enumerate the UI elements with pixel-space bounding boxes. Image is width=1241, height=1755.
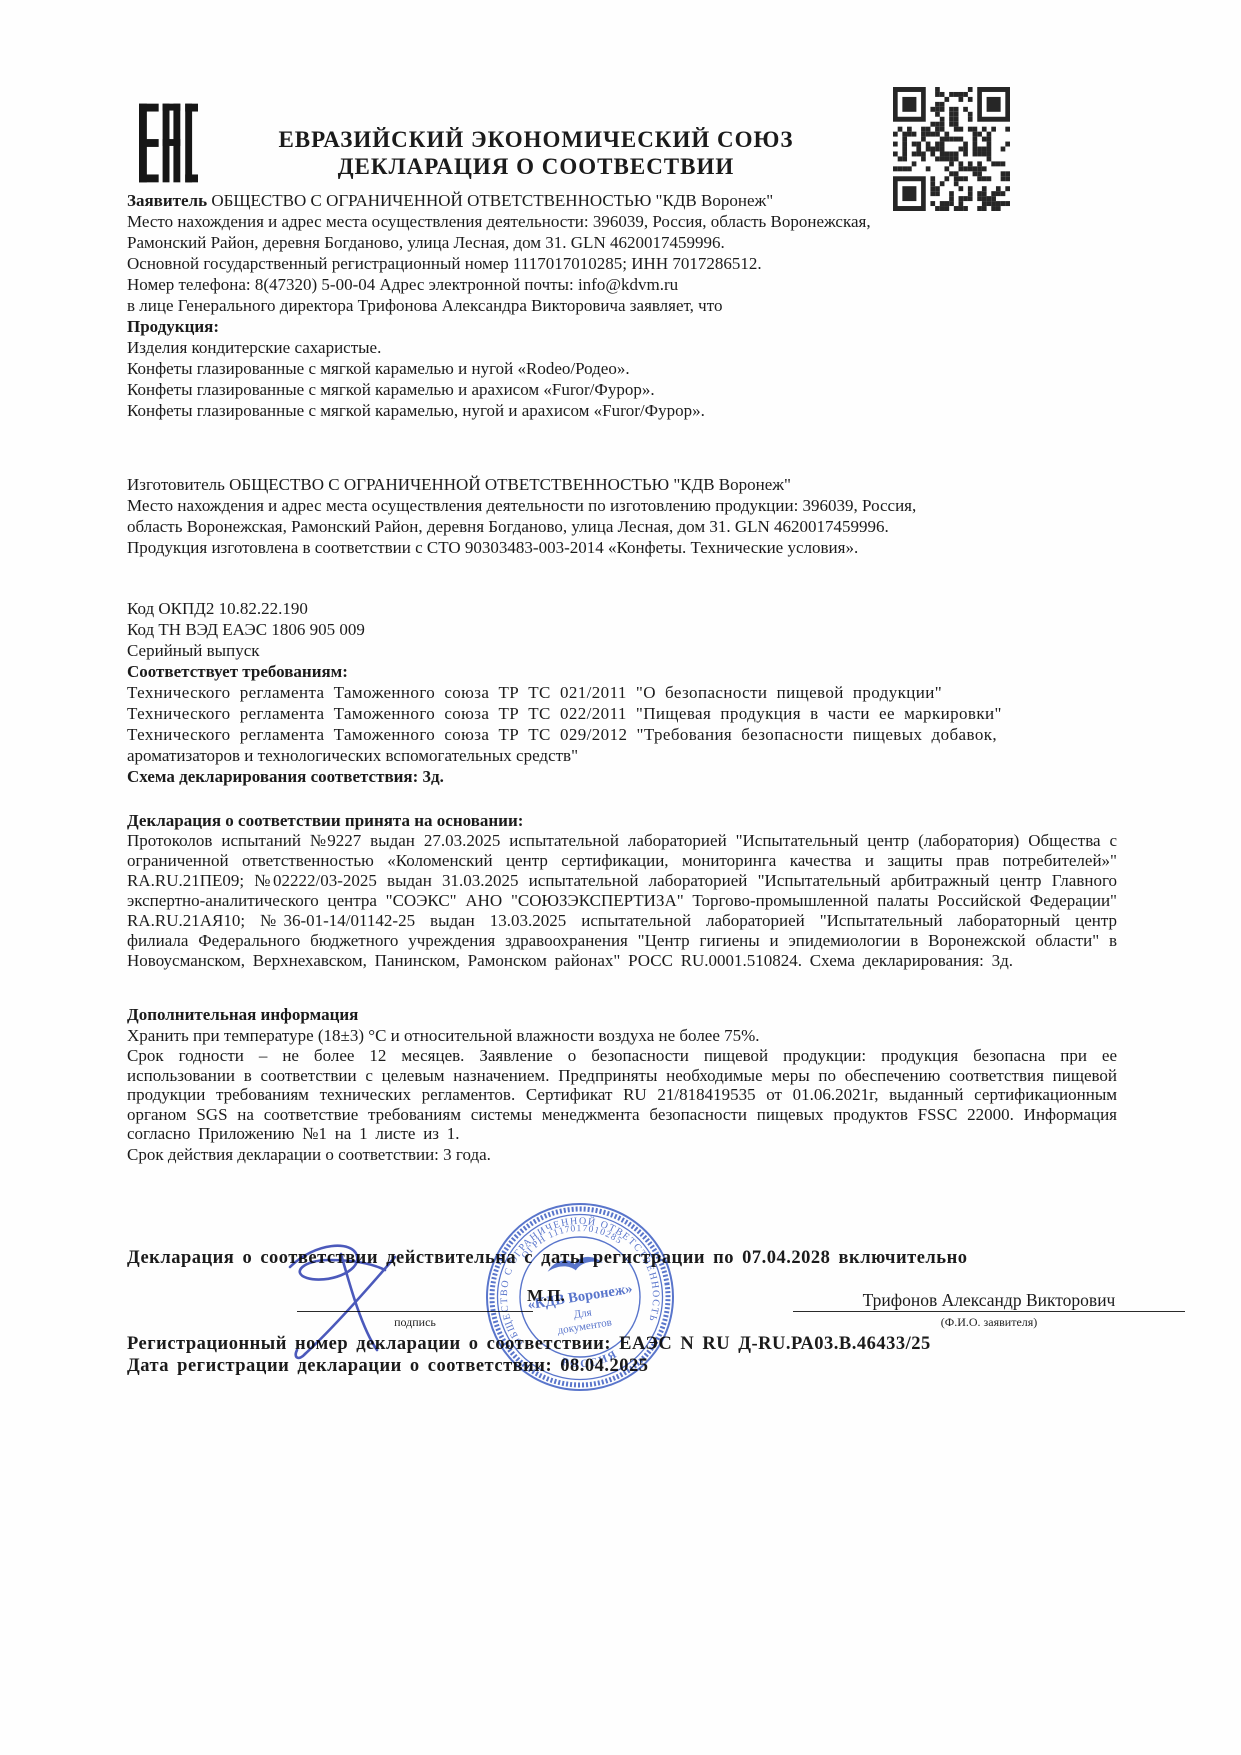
additional-info-block: Дополнительная информация Хранить при те… [127,1004,1117,1165]
requirement-line-continuation: ароматизаторов и технологических вспомог… [127,745,1117,766]
product-line: Изделия кондитерские сахаристые. [127,337,1117,358]
manufacturer-label: Изготовитель [127,475,225,494]
stamp-bird-icon [546,1254,603,1274]
declaration-scheme-label: Схема декларирования соответствия: 3д. [127,766,1117,787]
manufacturer-address-line: область Воронежская, Рамонский Район, де… [127,516,1117,537]
document-title: ЕВРАЗИЙСКИЙ ЭКОНОМИЧЕСКИЙ СОЮЗ ДЕКЛАРАЦИ… [228,126,844,180]
manufacturer-address-line: Место нахождения и адрес места осуществл… [127,495,1117,516]
eac-logo [139,103,198,183]
tnved-code-line: Код ТН ВЭД ЕАЭС 1806 905 009 [127,619,1117,640]
requirement-line: Технического регламента Таможенного союз… [127,724,1117,745]
serial-release-line: Серийный выпуск [127,640,1117,661]
fio-line [793,1311,1185,1312]
additional-info-heading: Дополнительная информация [127,1004,1117,1025]
stamp-country-text: РОССИЯ [559,1347,621,1374]
applicant-fio-name: Трифонов Александр Викторович [793,1290,1185,1311]
okpd2-code-line: Код ОКПД2 10.82.22.190 [127,598,1117,619]
company-stamp: ОБЩЕСТВО С ОГРАНИЧЕННОЙ ОТВЕТСТВЕННОСТЬЮ… [480,1197,680,1397]
declaration-validity-term-line: Срок действия декларации о соответствии:… [127,1144,1117,1165]
applicant-director-line: в лице Генерального директора Трифонова … [127,295,1117,316]
manufacturer-line: Изготовитель ОБЩЕСТВО С ОГРАНИЧЕННОЙ ОТВ… [127,474,1117,495]
requirement-line: Технического регламента Таможенного союз… [127,703,1117,724]
products-label: Продукция: [127,316,1117,337]
document-page: ЕВРАЗИЙСКИЙ ЭКОНОМИЧЕСКИЙ СОЮЗ ДЕКЛАРАЦИ… [0,0,1241,1755]
applicant-block: Заявитель ОБЩЕСТВО С ОГРАНИЧЕННОЙ ОТВЕТС… [127,190,1117,421]
basis-block: Декларация о соответствии принята на осн… [127,810,1117,971]
product-line: Конфеты глазированные с мягкой карамелью… [127,379,1117,400]
applicant-label: Заявитель [127,191,207,210]
handwritten-signature [245,1232,475,1362]
basis-heading: Декларация о соответствии принята на осн… [127,810,1117,831]
storage-conditions-line: Хранить при температуре (18±3) °С и отно… [127,1025,1117,1046]
applicant-address-line: Место нахождения и адрес места осуществл… [127,211,1117,232]
title-line-declaration: ДЕКЛАРАЦИЯ О СООТВЕСТВИИ [228,153,844,180]
product-line: Конфеты глазированные с мягкой карамелью… [127,400,1117,421]
codes-block: Код ОКПД2 10.82.22.190 Код ТН ВЭД ЕАЭС 1… [127,598,1117,787]
product-line: Конфеты глазированные с мягкой карамелью… [127,358,1117,379]
title-line-union: ЕВРАЗИЙСКИЙ ЭКОНОМИЧЕСКИЙ СОЮЗ [228,126,844,153]
applicant-name: ОБЩЕСТВО С ОГРАНИЧЕННОЙ ОТВЕТСТВЕННОСТЬЮ… [207,191,773,210]
additional-info-paragraph: Срок годности – не более 12 месяцев. Зая… [127,1046,1117,1144]
applicant-address-line: Рамонский Район, деревня Богданово, улиц… [127,232,1117,253]
applicant-contacts-line: Номер телефона: 8(47320) 5-00-04 Адрес э… [127,274,1117,295]
applicant-ogrn-line: Основной государственный регистрационный… [127,253,1117,274]
fio-caption: (Ф.И.О. заявителя) [793,1315,1185,1330]
manufacturer-name: ОБЩЕСТВО С ОГРАНИЧЕННОЙ ОТВЕТСТВЕННОСТЬЮ… [225,475,791,494]
requirement-line: Технического регламента Таможенного союз… [127,682,1117,703]
applicant-line: Заявитель ОБЩЕСТВО С ОГРАНИЧЕННОЙ ОТВЕТС… [127,190,1117,211]
basis-paragraph: Протоколов испытаний №9227 выдан 27.03.2… [127,831,1117,971]
manufacturer-block: Изготовитель ОБЩЕСТВО С ОГРАНИЧЕННОЙ ОТВ… [127,474,1117,558]
requirements-label: Соответствует требованиям: [127,661,1117,682]
manufacturer-sto-line: Продукция изготовлена в соответствии с С… [127,537,1117,558]
